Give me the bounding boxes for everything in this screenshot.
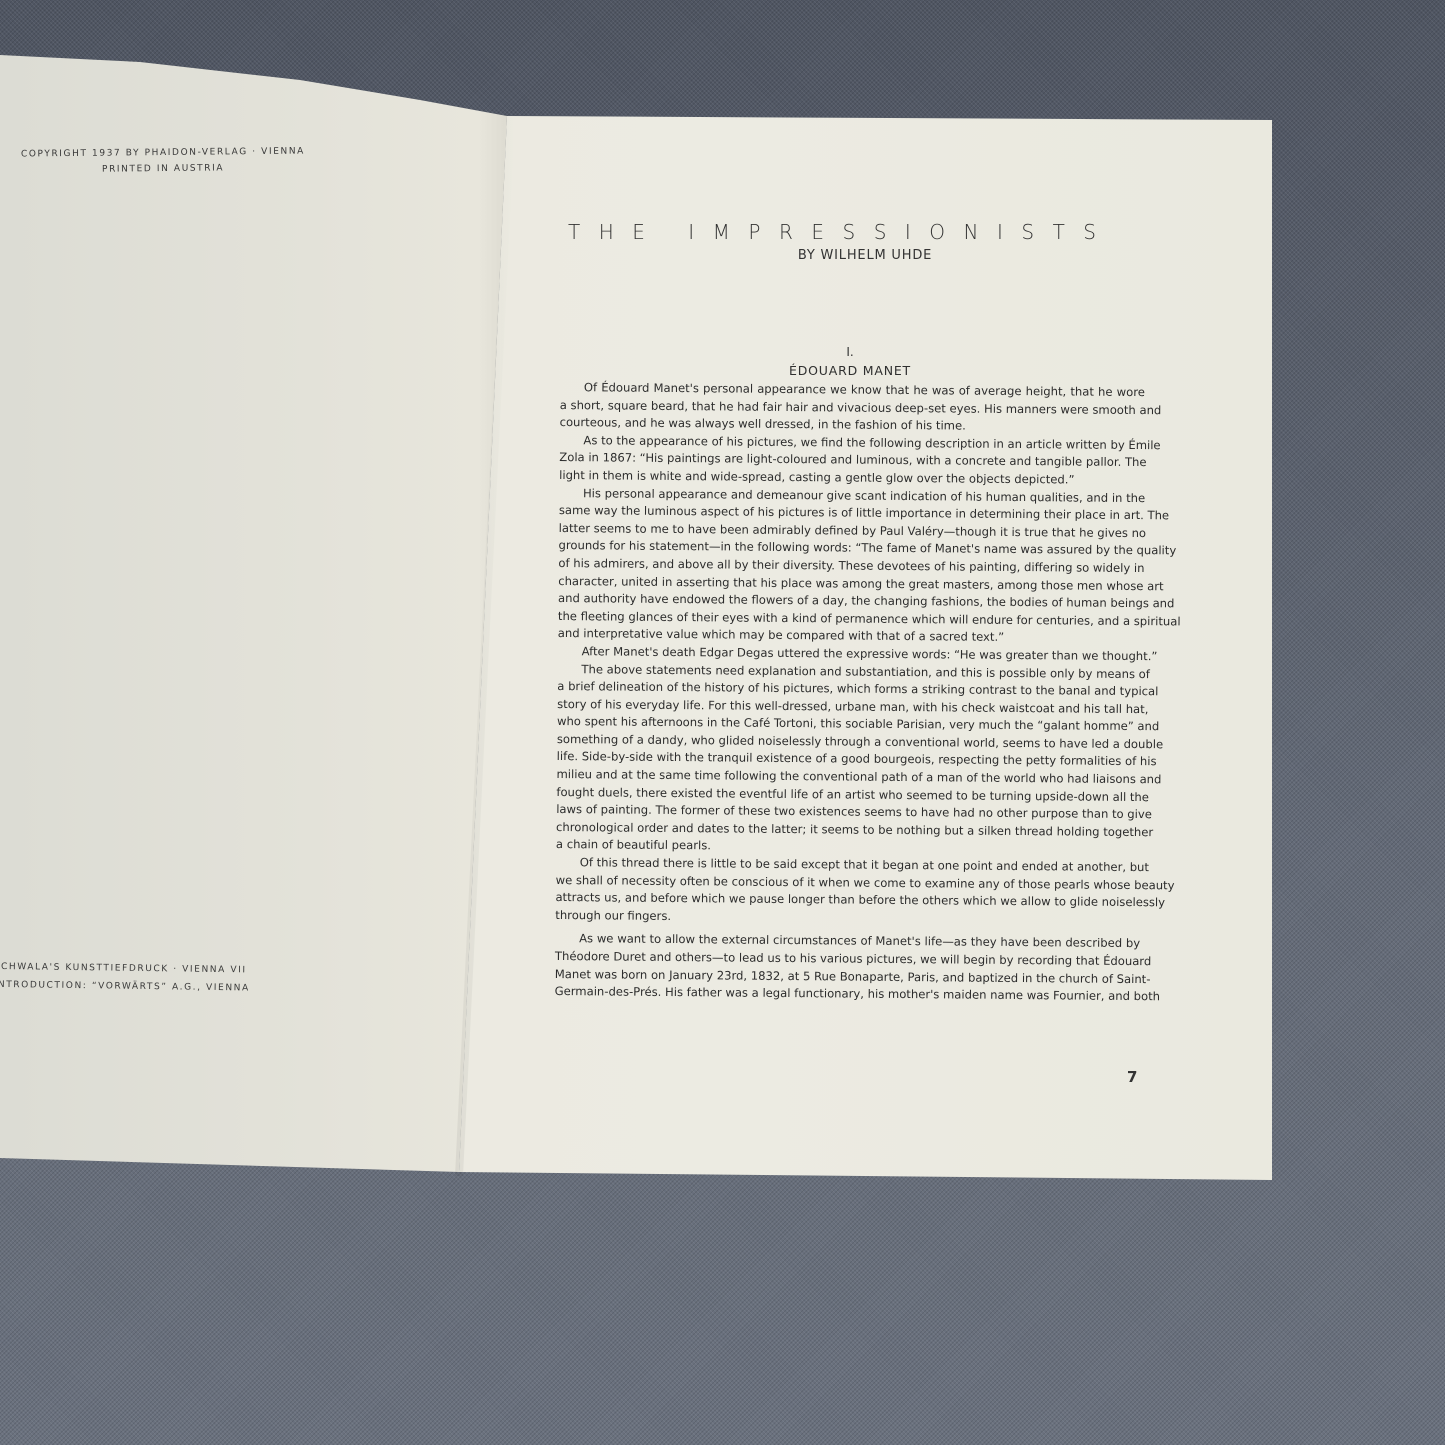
copyright-imprint: COPYRIGHT 1937 BY PHAIDON-VERLAG · VIENN… [18,143,308,178]
copyright-line: COPYRIGHT 1937 BY PHAIDON-VERLAG · VIENN… [18,143,308,162]
body-text: Of Édouard Manet's personal appearance w… [555,379,1145,1006]
left-page [0,0,520,1200]
author-byline: BY WILHELM UHDE [740,248,990,263]
printer-imprint: BY CHWALA'S KUNSTTIEFDRUCK · VIENNA VII … [0,958,312,999]
printed-in-line: PRINTED IN AUSTRIA [18,159,308,178]
section-heading: ÉDOUARD MANET [740,363,960,378]
section-number: I. [760,345,940,359]
book-title: THE IMPRESSIONISTS [568,220,1168,244]
page-number: 7 [1127,1068,1137,1086]
